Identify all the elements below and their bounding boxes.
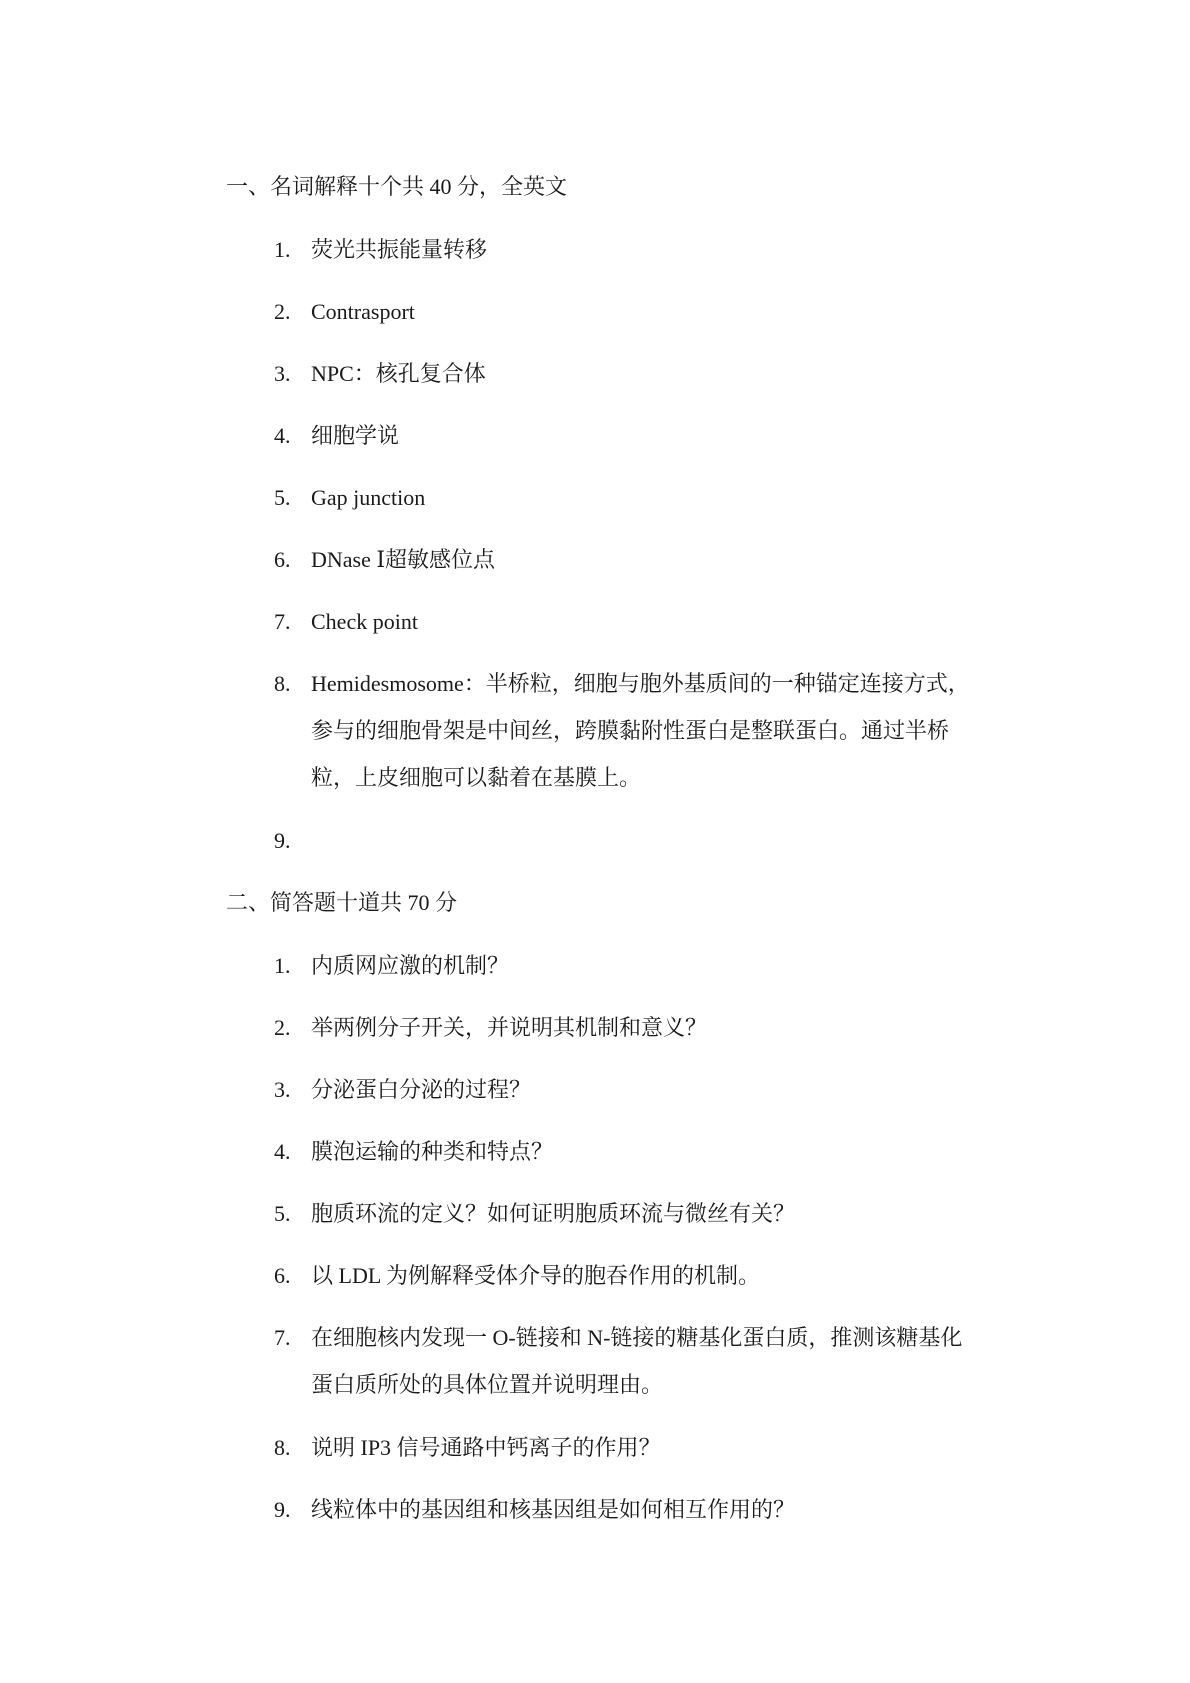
item-number: 1.: [274, 235, 291, 265]
item-text: 说明 IP3 信号通路中钙离子的作用？: [311, 1433, 661, 1463]
item-number: 1.: [274, 951, 291, 981]
item-text: 细胞学说: [311, 421, 399, 451]
item-text: NPC：核孔复合体: [311, 359, 486, 389]
item-number: 9.: [274, 826, 291, 856]
item-text-line: Hemidesmosome：半桥粒，细胞与胞外基质间的一种锚定连接方式，: [311, 669, 970, 699]
item-text: 胞质环流的定义？如何证明胞质环流与微丝有关？: [311, 1199, 795, 1229]
item-number: 6.: [274, 1261, 291, 1291]
item-number: 9.: [274, 1495, 291, 1525]
item-text-line: 粒，上皮细胞可以黏着在基膜上。: [311, 763, 641, 793]
item-text: DNase Ⅰ超敏感位点: [311, 545, 495, 575]
item-text: 分泌蛋白分泌的过程？: [311, 1075, 531, 1105]
item-number: 8.: [274, 669, 291, 699]
item-text: 荧光共振能量转移: [311, 235, 487, 265]
item-text: Contrasport: [311, 297, 415, 327]
item-text: Gap junction: [311, 483, 425, 513]
section-2-title: 二、简答题十道共 70 分: [226, 888, 457, 918]
item-number: 2.: [274, 297, 291, 327]
item-text-line: 参与的细胞骨架是中间丝，跨膜黏附性蛋白是整联蛋白。通过半桥: [311, 716, 949, 746]
item-number: 7.: [274, 607, 291, 637]
item-number: 3.: [274, 359, 291, 389]
item-text: 举两例分子开关，并说明其机制和意义？: [311, 1013, 707, 1043]
item-text: 线粒体中的基因组和核基因组是如何相互作用的？: [311, 1495, 795, 1525]
item-text-line: 蛋白质所处的具体位置并说明理由。: [311, 1370, 663, 1400]
item-number: 5.: [274, 483, 291, 513]
item-number: 8.: [274, 1433, 291, 1463]
item-number: 6.: [274, 545, 291, 575]
item-text: 膜泡运输的种类和特点？: [311, 1137, 553, 1167]
item-number: 5.: [274, 1199, 291, 1229]
item-text-line: 在细胞核内发现一 O-链接和 N-链接的糖基化蛋白质，推测该糖基化: [311, 1323, 962, 1353]
item-number: 2.: [274, 1013, 291, 1043]
item-text: 以 LDL 为例解释受体介导的胞吞作用的机制。: [311, 1261, 760, 1291]
item-text: Check point: [311, 607, 418, 637]
section-1-title: 一、名词解释十个共 40 分，全英文: [226, 172, 567, 202]
item-number: 3.: [274, 1075, 291, 1105]
item-number: 4.: [274, 421, 291, 451]
item-number: 7.: [274, 1323, 291, 1353]
item-text: 内质网应激的机制？: [311, 951, 509, 981]
document-page: 一、名词解释十个共 40 分，全英文 1. 荧光共振能量转移 2. Contra…: [0, 0, 1190, 1683]
item-number: 4.: [274, 1137, 291, 1167]
